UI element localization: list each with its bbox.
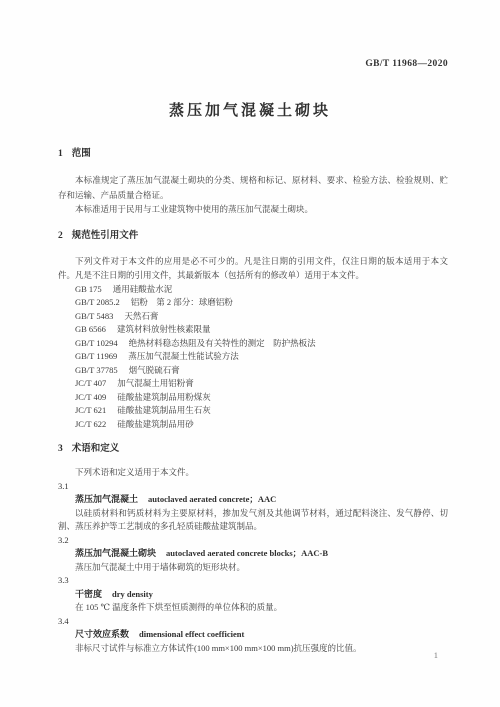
reference-row: GB/T 11969蒸压加气混凝土性能试验方法 (58, 350, 448, 364)
term-name-line: 蒸压加气混凝土砌块autoclaved aerated concrete blo… (58, 547, 448, 561)
section-3-heading: 3术语和定义 (58, 443, 448, 456)
term-name-en: autoclaved aerated concrete blocks；AAC-B (166, 548, 328, 558)
reference-code: JC/T 407 (75, 378, 106, 388)
term-entry-3-4: 3.4 尺寸效应系数dimensional effect coefficient… (58, 615, 448, 656)
reference-code: GB/T 5483 (75, 311, 113, 321)
term-name-line: 蒸压加气混凝土autoclaved aerated concrete；AAC (58, 493, 448, 507)
term-definition: 蒸压加气混凝土中用于墙体砌筑的矩形块材。 (58, 561, 448, 575)
term-name-en: autoclaved aerated concrete；AAC (148, 494, 276, 504)
reference-title: 建筑材料放射性核素限量 (117, 324, 211, 334)
reference-code: JC/T 622 (75, 419, 106, 429)
term-name-en: dry density (112, 589, 153, 599)
reference-code: GB 6566 (75, 324, 106, 334)
scope-paragraph-2: 本标准适用于民用与工业建筑物中使用的蒸压加气混凝土砌块。 (58, 202, 448, 217)
section-1-number: 1 (58, 149, 63, 159)
term-entry-3-3: 3.3 干密度dry density 在 105 ℃ 温度条件下烘至恒质测得的单… (58, 574, 448, 615)
reference-row: GB 175通用硅酸盐水泥 (58, 283, 448, 297)
term-name-en: dimensional effect coefficient (139, 629, 244, 639)
term-name-line: 尺寸效应系数dimensional effect coefficient (58, 628, 448, 642)
reference-row: GB/T 10294绝热材料稳态热阻及有关特性的测定 防护热板法 (58, 337, 448, 351)
section-3-title: 术语和定义 (72, 444, 120, 454)
term-name-zh: 蒸压加气混凝土砌块 (75, 548, 156, 558)
references-intro-paragraph: 下列文件对于本文件的应用是必不可少的。凡是注日期的引用文件，仅注日期的版本适用于… (58, 254, 448, 283)
reference-title: 天然石膏 (124, 311, 158, 321)
term-definition: 在 105 ℃ 温度条件下烘至恒质测得的单位体积的质量。 (58, 601, 448, 615)
section-1-title: 范围 (72, 149, 91, 159)
term-name-zh: 尺寸效应系数 (75, 629, 129, 639)
document-page: GB/T 11968—2020 蒸压加气混凝土砌块 1范围 本标准规定了蒸压加气… (0, 0, 500, 707)
reference-row: GB/T 2085.2铝粉 第 2 部分：球磨铝粉 (58, 296, 448, 310)
reference-code: GB/T 37785 (75, 365, 118, 375)
terms-intro-paragraph: 下列术语和定义适用于本文件。 (58, 466, 448, 480)
term-name-zh: 干密度 (75, 589, 102, 599)
section-2-heading: 2规范性引用文件 (58, 230, 448, 243)
reference-code: GB/T 10294 (75, 338, 118, 348)
section-1-heading: 1范围 (58, 148, 448, 161)
term-name-zh: 蒸压加气混凝土 (75, 494, 138, 504)
term-definition: 以硅质材料和钙质材料为主要原材料，掺加发气剂及其他调节材料，通过配料浇注、发气静… (58, 507, 448, 534)
reference-title: 绝热材料稳态热阻及有关特性的测定 防护热板法 (129, 338, 316, 348)
reference-row: JC/T 409硅酸盐建筑制品用粉煤灰 (58, 391, 448, 405)
reference-title: 硅酸盐建筑制品用生石灰 (117, 405, 211, 415)
term-definition: 非标尺寸试件与标准立方体试件(100 mm×100 mm×100 mm)抗压强度… (58, 642, 448, 656)
section-2-number: 2 (58, 231, 63, 241)
term-name-line: 干密度dry density (58, 588, 448, 602)
references-list: GB 175通用硅酸盐水泥 GB/T 2085.2铝粉 第 2 部分：球磨铝粉 … (58, 283, 448, 432)
reference-code: JC/T 409 (75, 392, 106, 402)
reference-row: JC/T 407加气混凝土用铝粉膏 (58, 377, 448, 391)
reference-title: 加气混凝土用铝粉膏 (117, 378, 194, 388)
reference-row: GB 6566建筑材料放射性核素限量 (58, 323, 448, 337)
reference-title: 铝粉 第 2 部分：球磨铝粉 (131, 297, 233, 307)
reference-title: 硅酸盐建筑制品用粉煤灰 (117, 392, 211, 402)
reference-code: JC/T 621 (75, 405, 106, 415)
page-number: 1 (434, 650, 438, 660)
term-number: 3.1 (58, 480, 448, 494)
reference-code: GB/T 2085.2 (75, 297, 120, 307)
document-body: 1范围 本标准规定了蒸压加气混凝土砌块的分类、规格和标记、原材料、要求、检验方法… (58, 0, 448, 655)
reference-title: 烟气脱硫石膏 (129, 365, 180, 375)
reference-code: GB 175 (75, 284, 102, 294)
term-number: 3.3 (58, 574, 448, 588)
reference-code: GB/T 11969 (75, 351, 117, 361)
term-entry-3-1: 3.1 蒸压加气混凝土autoclaved aerated concrete；A… (58, 480, 448, 534)
section-3-number: 3 (58, 444, 63, 454)
reference-title: 通用硅酸盐水泥 (113, 284, 173, 294)
scope-paragraph-1: 本标准规定了蒸压加气混凝土砌块的分类、规格和标记、原材料、要求、检验方法、检验规… (58, 173, 448, 202)
reference-row: JC/T 621硅酸盐建筑制品用生石灰 (58, 404, 448, 418)
reference-row: GB/T 37785烟气脱硫石膏 (58, 364, 448, 378)
term-number: 3.4 (58, 615, 448, 629)
reference-title: 蒸压加气混凝土性能试验方法 (128, 351, 239, 361)
section-2-title: 规范性引用文件 (72, 231, 139, 241)
term-entry-3-2: 3.2 蒸压加气混凝土砌块autoclaved aerated concrete… (58, 534, 448, 575)
term-number: 3.2 (58, 534, 448, 548)
reference-title: 硅酸盐建筑制品用砂 (117, 419, 194, 429)
reference-row: JC/T 622硅酸盐建筑制品用砂 (58, 418, 448, 432)
reference-row: GB/T 5483天然石膏 (58, 310, 448, 324)
